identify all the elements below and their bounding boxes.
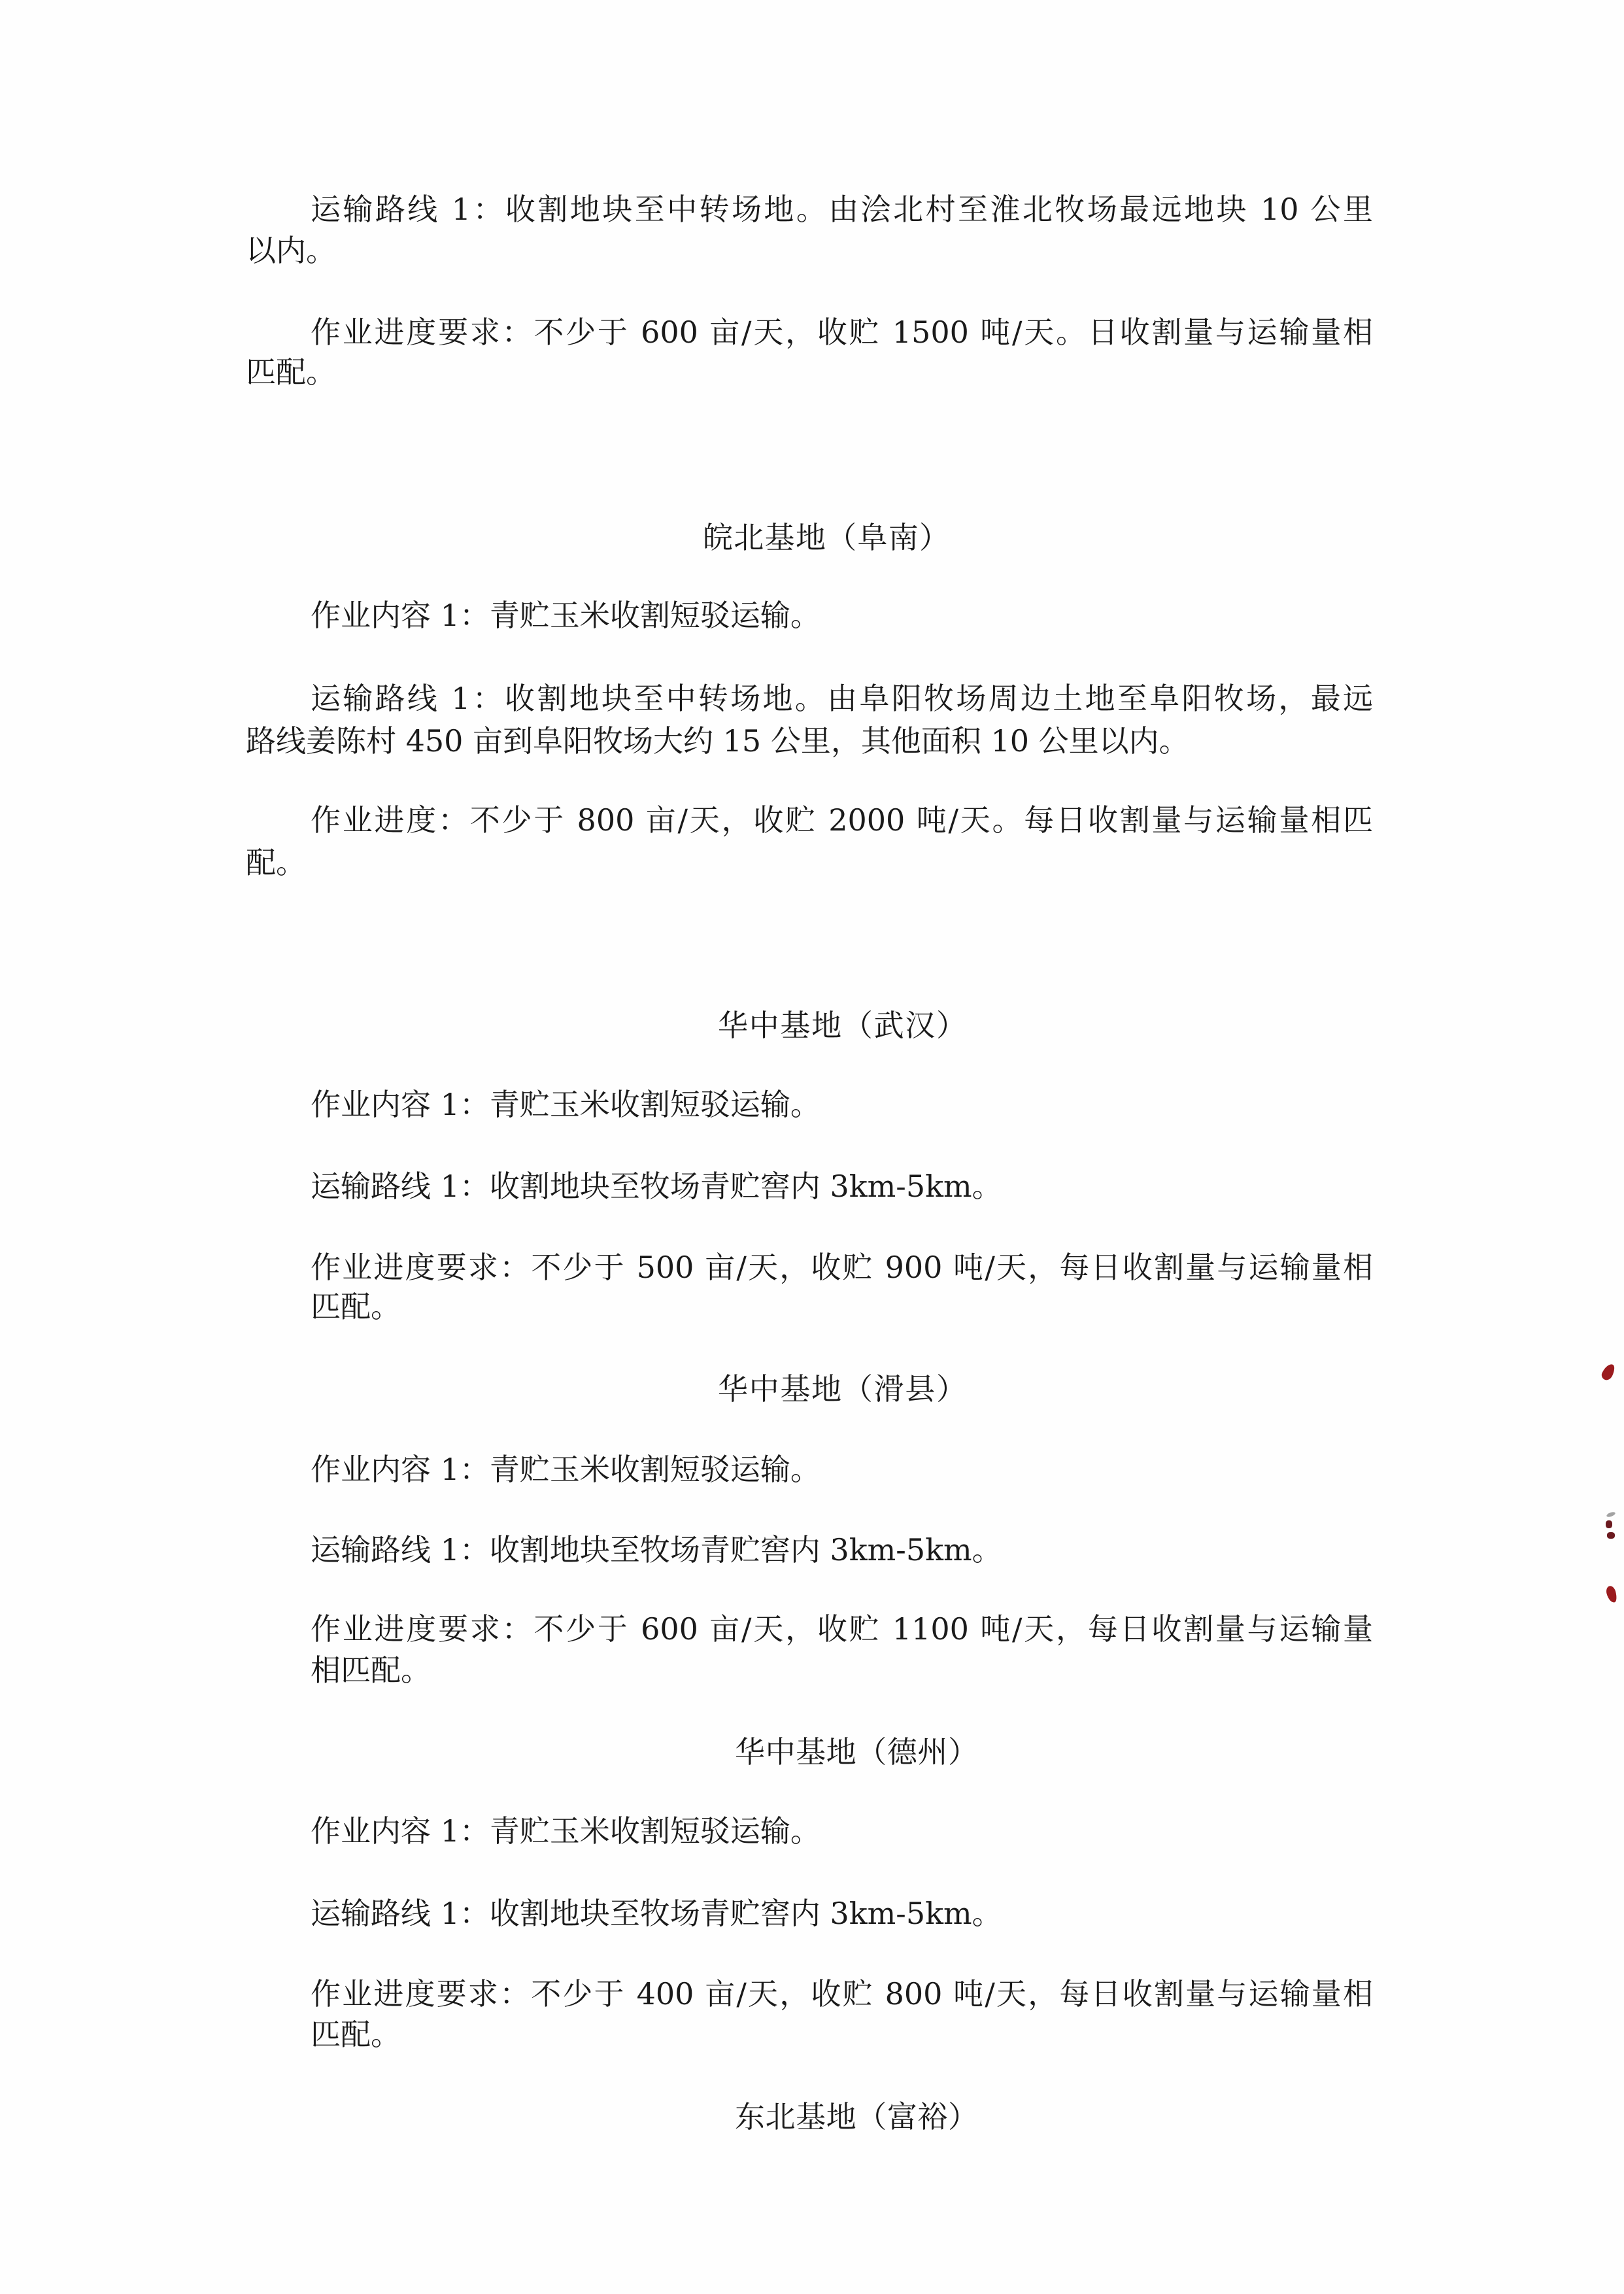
huaxian-progress-line-1: 作业进度要求：不少于 600 亩/天，收贮 1100 吨/天，每日收割量与运输量 — [311, 1609, 1373, 1649]
seal-stamp-fragment-bottom — [1605, 1585, 1618, 1604]
dezhou-progress-line-1: 作业进度要求：不少于 400 亩/天，收贮 800 吨/天，每日收割量与运输量相 — [311, 1974, 1373, 2013]
wanbei-route-line-2: 路线姜陈村 450 亩到阜阳牧场大约 15 公里，其他面积 10 公里以内。 — [246, 721, 1189, 761]
section-heading-huazhong-huaxian: 华中基地（滑县） — [718, 1369, 966, 1409]
dezhou-progress-line-2: 匹配。 — [311, 2015, 401, 2054]
wuhan-progress-line-2: 匹配。 — [311, 1287, 401, 1326]
wanbei-content: 作业内容 1：青贮玉米收割短驳运输。 — [311, 596, 820, 635]
seal-stamp-fragment-top — [1600, 1362, 1616, 1382]
section-heading-wanbei-funan: 皖北基地（阜南） — [703, 518, 949, 557]
wuhan-progress-line-1: 作业进度要求：不少于 500 亩/天，收贮 900 吨/天，每日收割量与运输量相 — [311, 1248, 1373, 1287]
dezhou-route: 运输路线 1：收割地块至牧场青贮窖内 3km-5km。 — [311, 1894, 1002, 1933]
section-heading-huazhong-wuhan: 华中基地（武汉） — [718, 1006, 966, 1045]
dezhou-content: 作业内容 1：青贮玉米收割短驳运输。 — [311, 1811, 820, 1851]
document-page: 运输路线 1：收割地块至中转场地。由浍北村至淮北牧场最远地块 10 公里 以内。… — [0, 0, 1624, 2294]
seal-stamp-fragment-middle — [1606, 1520, 1612, 1528]
huaxian-route: 运输路线 1：收割地块至牧场青贮窖内 3km-5km。 — [311, 1530, 1002, 1569]
section-heading-dongbei-fuyu: 东北基地（富裕） — [735, 2097, 978, 2136]
wanbei-progress-line-2: 配。 — [246, 843, 306, 882]
wanbei-route-line-1: 运输路线 1：收割地块至中转场地。由阜阳牧场周边土地至阜阳牧场，最远 — [311, 679, 1373, 718]
section-heading-huazhong-dezhou: 华中基地（德州） — [735, 1732, 978, 1772]
wuhan-content: 作业内容 1：青贮玉米收割短驳运输。 — [311, 1085, 820, 1124]
seal-stamp-smudge — [1606, 1511, 1616, 1518]
intro-progress-line-2: 匹配。 — [246, 352, 336, 392]
wuhan-route: 运输路线 1：收割地块至牧场青贮窖内 3km-5km。 — [311, 1167, 1002, 1206]
intro-route-line-2: 以内。 — [246, 231, 336, 270]
seal-stamp-fragment-middle-2 — [1607, 1532, 1615, 1539]
wanbei-progress-line-1: 作业进度：不少于 800 亩/天，收贮 2000 吨/天。每日收割量与运输量相匹 — [311, 800, 1373, 840]
intro-route-line-1: 运输路线 1：收割地块至中转场地。由浍北村至淮北牧场最远地块 10 公里 — [311, 190, 1373, 229]
huaxian-progress-line-2: 相匹配。 — [311, 1651, 431, 1690]
intro-progress-line-1: 作业进度要求：不少于 600 亩/天，收贮 1500 吨/天。日收割量与运输量相 — [311, 313, 1373, 352]
huaxian-content: 作业内容 1：青贮玉米收割短驳运输。 — [311, 1450, 820, 1489]
